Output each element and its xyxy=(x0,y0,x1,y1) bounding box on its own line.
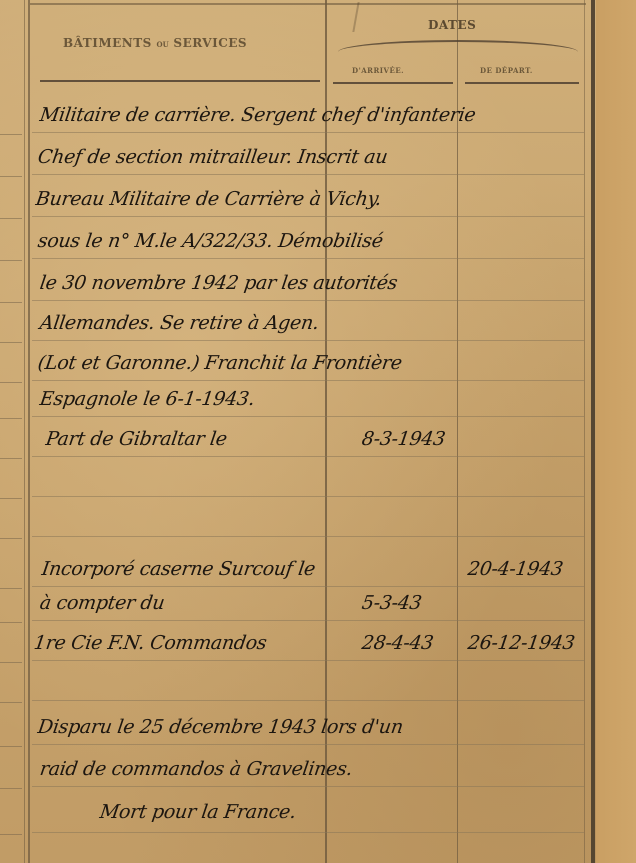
margin-tick xyxy=(0,302,22,303)
entry-services-text: (Lot et Garonne.) Franchit la Frontière xyxy=(36,352,403,374)
ruled-line xyxy=(32,700,584,701)
left-margin-line xyxy=(24,0,25,863)
margin-tick xyxy=(0,622,22,623)
ruled-line xyxy=(32,744,584,745)
entry-services-text: Militaire de carrière. Sergent chef d'in… xyxy=(38,104,477,126)
entry-services-text: sous le n° M.le A/322/33. Démobilisé xyxy=(36,230,384,252)
entry-arrivee-date: 8-3-1943 xyxy=(360,428,446,450)
header-services: Services xyxy=(173,36,247,50)
header-batiments-services: Bâtiments ou Services xyxy=(63,36,247,50)
entry-services-text: Espagnole le 6-1-1943. xyxy=(38,388,256,410)
ruled-line xyxy=(32,620,584,621)
margin-tick xyxy=(0,382,22,383)
ruled-line xyxy=(32,132,584,133)
ruled-line xyxy=(32,456,584,457)
header-depart: De départ. xyxy=(480,66,533,75)
ruled-line xyxy=(32,496,584,497)
header-dates: Dates xyxy=(428,18,476,32)
ruled-line xyxy=(32,832,584,833)
header-rule-arrivee xyxy=(333,82,453,84)
margin-tick xyxy=(0,342,22,343)
margin-tick xyxy=(0,662,22,663)
ruled-line xyxy=(32,174,584,175)
column-divider-arrivee-depart xyxy=(457,0,458,863)
header-connector: ou xyxy=(157,40,169,49)
left-border-line xyxy=(28,0,30,863)
entry-depart-date: 26-12-1943 xyxy=(466,632,576,654)
ruled-line xyxy=(32,660,584,661)
right-border-line xyxy=(591,0,595,863)
margin-tick xyxy=(0,498,22,499)
margin-tick xyxy=(0,834,22,835)
entry-depart-date: 20-4-1943 xyxy=(466,558,564,580)
entry-services-text: 1re Cie F.N. Commandos xyxy=(32,632,268,654)
ruled-line xyxy=(32,536,584,537)
margin-tick xyxy=(0,746,22,747)
entry-services-text: Allemandes. Se retire à Agen. xyxy=(38,312,320,334)
entry-services-text: Mort pour la France. xyxy=(98,801,297,823)
margin-tick xyxy=(0,702,22,703)
ruled-line xyxy=(32,416,584,417)
ruled-line xyxy=(32,380,584,381)
entry-arrivee-date: 28-4-43 xyxy=(360,632,434,654)
margin-tick xyxy=(0,260,22,261)
entry-services-text: raid de commandos à Gravelines. xyxy=(38,758,353,780)
entry-services-text: à compter du xyxy=(38,592,166,614)
ruled-line xyxy=(32,258,584,259)
entry-services-text: Bureau Militaire de Carrière à Vichy. xyxy=(34,188,382,210)
margin-tick xyxy=(0,538,22,539)
margin-tick xyxy=(0,418,22,419)
header-rule-depart xyxy=(465,82,579,84)
ruled-line xyxy=(32,340,584,341)
margin-tick xyxy=(0,134,22,135)
header-arrivee: D'arrivée. xyxy=(352,66,404,75)
ruled-line xyxy=(32,216,584,217)
header-rule-services xyxy=(40,80,320,82)
entry-services-text: Chef de section mitrailleur. Inscrit au xyxy=(36,146,388,168)
entry-services-text: Disparu le 25 décembre 1943 lors d'un xyxy=(36,716,404,738)
ink-stamp-mark xyxy=(352,2,419,32)
top-border-rule xyxy=(30,3,586,5)
margin-tick xyxy=(0,176,22,177)
ruled-line xyxy=(32,586,584,587)
entry-services-text: le 30 novembre 1942 par les autorités xyxy=(38,272,398,294)
ruled-line xyxy=(32,786,584,787)
entry-services-text: Part de Gibraltar le xyxy=(44,428,228,450)
right-inner-line xyxy=(584,0,585,863)
header-batiments: Bâtiments xyxy=(63,36,152,50)
entry-arrivee-date: 5-3-43 xyxy=(360,592,422,614)
margin-tick xyxy=(0,218,22,219)
entry-services-text: Incorporé caserne Surcouf le xyxy=(40,558,316,580)
margin-tick xyxy=(0,788,22,789)
margin-tick xyxy=(0,458,22,459)
page-right-margin xyxy=(596,0,636,863)
ruled-line xyxy=(32,300,584,301)
margin-tick xyxy=(0,588,22,589)
